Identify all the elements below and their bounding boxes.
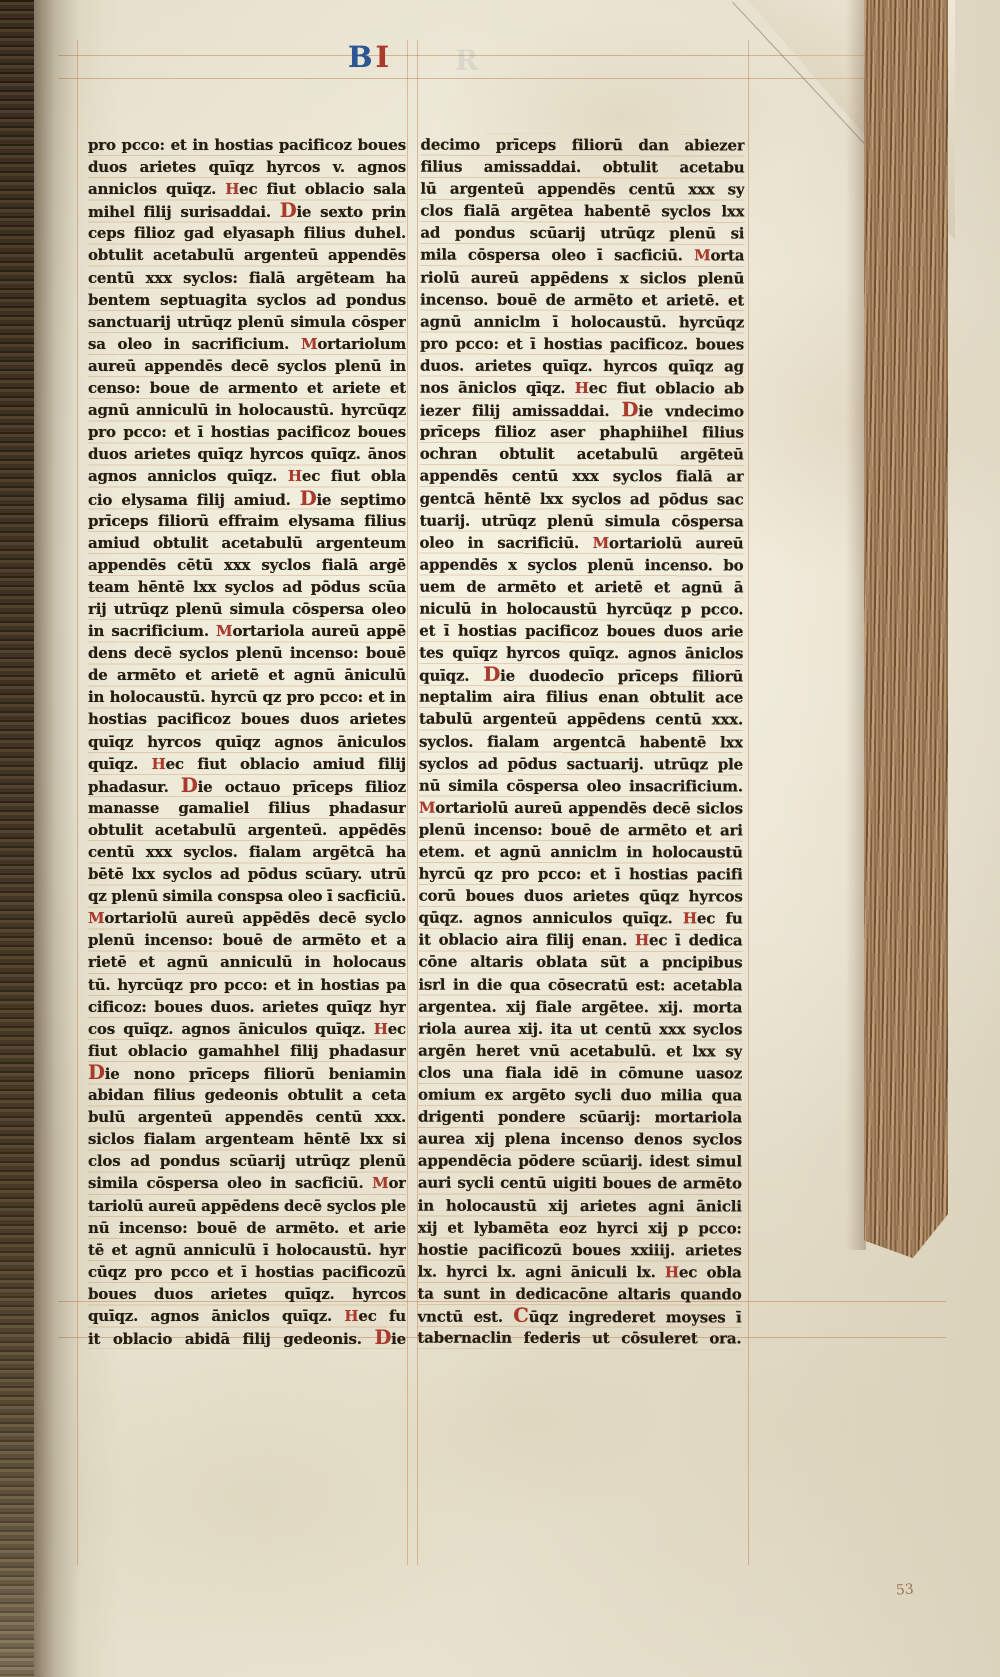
text-line: omium ex argēto sycli duo milia qua (418, 1084, 742, 1107)
text-segment: ec fu (358, 1307, 406, 1325)
text-segment: vnctū est. (417, 1308, 513, 1326)
text-segment: appendēs cētū xxx syclos fialā argē (88, 556, 406, 574)
text-line: ochran obtulit acetabulū argēteū (420, 443, 744, 466)
rubricated-initial: H (152, 755, 166, 773)
text-line: qz plenū simila conspsa oleo ī sacficiū. (88, 885, 406, 907)
text-line: aurea xij plena incenso denos syclos (418, 1128, 742, 1151)
text-line: cos quīqz. agnos āniculos quīqz. Hec (88, 1018, 406, 1040)
page-edge-shadow (846, 0, 866, 1250)
text-segment: oleo in sacrificiū. (419, 533, 592, 551)
text-segment: tū. hyrcūqz pro pcco: et in hostias pa (88, 976, 406, 994)
text-line: rij utrūqz plenū simula cōspersa oleo (88, 598, 406, 620)
text-segment: argentea. xij fiale argētee. xij. morta (418, 997, 742, 1016)
text-segment: clos ad pondus scūarij utrūqz plenū (88, 1152, 406, 1170)
text-segment: hostie pacificozū boues xxiiij. arietes (418, 1240, 742, 1259)
text-line: appendēs centū xxx syclos fialā ar (420, 465, 744, 488)
text-segment: in holocaustū. hyrcū qz pro pcco: et in (88, 688, 406, 706)
text-line: bentem septuagita syclos ad pondus (88, 289, 406, 311)
text-line: de armēto et arietē et agnū āniculū (88, 664, 406, 686)
show-through-text: R (455, 44, 486, 77)
text-segment: mila cōspersa oleo ī sacficiū. (420, 246, 694, 265)
header-letter: I (376, 40, 393, 74)
rubricated-initial: H (374, 1020, 388, 1038)
text-line: prīceps filioz aser phaphiihel filius (420, 421, 744, 444)
text-line: tū. hyrcūqz pro pcco: et in hostias pa (88, 974, 406, 996)
text-segment: it oblacio aira filij enan. (418, 931, 635, 950)
text-line: cio elysama filij amiud. Die septimo (88, 488, 406, 510)
text-line: duos arietes quīqz hyrcos quīqz. ānos (88, 443, 406, 465)
text-segment: centū xxx syclos: fialā argēteam ha (88, 269, 406, 287)
text-line: mila cōspersa oleo ī sacficiū. Morta (420, 244, 744, 267)
text-segment: neptalim aira filius enan obtulit ace (419, 688, 743, 707)
book-page-edges-left (0, 0, 34, 1677)
text-line: pro pcco: et ī hostias pacificoz. boues (420, 332, 744, 355)
text-line: ceps filioz gad elyasaph filius duhel. (88, 222, 406, 244)
text-line: nū simila cōspersa oleo insacrificium. (419, 774, 743, 797)
rubricated-initial: M (419, 798, 435, 816)
text-line: isrl in die qua cōsecratū est: acetabla (418, 973, 742, 996)
text-line: appendēcia pōdere scūarij. idest simul (418, 1150, 742, 1173)
rubricated-initial: M (301, 335, 317, 353)
text-segment: ortariolum (317, 335, 406, 353)
text-segment: et ī hostias pacificoz boues duos arie (419, 622, 743, 641)
text-line: incenso. bouē de armēto et arietē. et (420, 288, 744, 311)
text-line: sa oleo in sacrificium. Mortariolum (88, 333, 406, 355)
text-line: syclos ad pōdus sactuarij. utrūqz ple (419, 752, 743, 775)
text-line: fiut oblacio gamahhel filij phadasur (88, 1040, 406, 1062)
text-segment: aureū appendēs decē syclos plenū in (88, 357, 406, 375)
text-segment: pro pcco: et ī hostias pacificoz boues (88, 423, 406, 441)
text-segment: appendēs centū xxx syclos fialā ar (420, 467, 744, 486)
rubricated-initial: M (88, 909, 104, 927)
text-line: clos ad pondus scūarij utrūqz plenū (88, 1150, 406, 1172)
text-segment: ec ī dedica (649, 932, 742, 950)
text-line: censo: boue de armento et ariete et (88, 377, 406, 399)
text-line: lx. hyrci lx. agni āniculi lx. Hec obla (418, 1260, 742, 1283)
text-segment: clos una fiala idē in cōmune uasoz (418, 1064, 742, 1083)
text-line: nos āniclos qīqz. Hec fiut oblacio ab (420, 377, 744, 400)
text-segment: uem de armēto et arietē et agnū ā (419, 577, 743, 596)
text-segment: auri sycli centū uigiti boues de armēto (418, 1174, 742, 1193)
text-line: simila cōspersa oleo in sacficiū. Mor (88, 1172, 406, 1194)
text-segment: appendēcia pōdere scūarij. idest simul (418, 1152, 742, 1171)
text-segment: sanctuarij utrūqz plenū simula cōsper (88, 313, 406, 331)
text-segment: rij utrūqz plenū simula cōspersa oleo (88, 600, 406, 618)
text-segment: siclos fialam argenteam hēntē lxx si (88, 1130, 406, 1148)
text-line: clos una fiala idē in cōmune uasoz (418, 1062, 742, 1085)
text-line: gentcā hēntē lxx syclos ad pōdus sac (420, 487, 744, 510)
text-segment: decimo prīceps filiorū dan abiezer (421, 136, 745, 155)
text-segment: lū argenteū appendēs centū xxx sy (420, 180, 744, 199)
text-segment: quīqz. (419, 667, 483, 685)
gutter-shadow (34, 0, 80, 1677)
rubricated-initial: D (300, 488, 317, 510)
text-line: plenū incenso: bouē de armēto et a (88, 929, 406, 951)
text-segment: team hēntē lxx syclos ad pōdus scūa (88, 578, 406, 596)
text-segment: censo: boue de armento et ariete et (88, 379, 406, 397)
text-segment: plenū incenso: bouē de armēto et ari (419, 820, 743, 839)
text-line: iezer filij amissaddai. Die vndecimo (420, 399, 744, 422)
text-line: Mortariolū aureū appēdēs decē syclo (88, 907, 406, 929)
text-line: ta sunt in dedicacōne altaris quando (418, 1282, 742, 1305)
text-line: tē et agnū anniculū ī holocaustū. hyr (88, 1239, 406, 1261)
text-segment: hyrcū qz pro pcco: et ī hostias pacifi (419, 865, 743, 884)
text-line: pro pcco: et in hostias pacificoz boues (88, 134, 406, 156)
text-line: syclos. fialam argentcā habentē lxx (419, 730, 743, 753)
text-segment: nū simila cōspersa oleo insacrificium. (419, 776, 743, 795)
text-line: in holocaustū. hyrcū qz pro pcco: et in (88, 686, 406, 708)
text-segment: tabernaclin federis ut cōsuleret ora. (417, 1329, 741, 1348)
text-segment: ūqz ingrederet moyses ī (529, 1308, 742, 1327)
text-segment: ie octauo prīceps filioz (198, 778, 406, 796)
text-segment: simila cōspersa oleo in sacficiū. (88, 1174, 372, 1192)
rubricated-initial: H (635, 932, 649, 950)
text-line: appendēs cētū xxx syclos fialā argē (88, 554, 406, 576)
text-line: aureū appendēs decē syclos plenū in (88, 355, 406, 377)
text-segment: sa oleo in sacrificium. (88, 335, 301, 353)
text-segment: hostias pacificoz boues duos arietes (88, 710, 406, 728)
text-segment: in sacrificium. (88, 622, 216, 640)
text-segment: riola aurea xij. ita ut centū xxx syclos (418, 1019, 742, 1038)
text-line: cūqz pro pcco et ī hostias pacificozū (88, 1261, 406, 1283)
text-segment: cificoz: boues duos. arietes quīqz hyr (88, 998, 406, 1016)
text-line: boues duos arietes quīqz. hyrcos (88, 1283, 406, 1305)
text-segment: mihel filij surisaddai. (88, 203, 280, 221)
rubricated-initial: M (372, 1174, 388, 1192)
text-line: agnū anniclm ī holocaustū. hyrcūqz (420, 310, 744, 333)
rubricated-initial: M (216, 622, 232, 640)
text-line: clos fialā argētea habentē syclos lxx (420, 200, 744, 223)
text-segment: syclos. fialam argentcā habentē lxx (419, 732, 743, 751)
text-segment: cos quīqz. agnos āniculos quīqz. (88, 1020, 374, 1038)
text-line: xij et lybamēta eoz hyrci xij p pcco: (418, 1216, 742, 1239)
text-line: phadasur. Die octauo prīceps filioz (88, 775, 406, 797)
text-column-left: pro pcco: et in hostias pacificoz bouesd… (88, 134, 406, 1349)
text-segment: quīqz. agnos āniclos quīqz. (88, 1307, 344, 1325)
manuscript-page-photo: R BI pro pcco: et in hostias pacificoz b… (0, 0, 1000, 1677)
text-segment: manasse gamaliel filius phadasur (88, 799, 406, 817)
text-line: centū xxx syclos: fialā argēteam ha (88, 267, 406, 289)
running-header: BI (348, 40, 392, 74)
text-line: niculū in holocaustū hyrcūqz p pcco. (419, 598, 743, 621)
text-line: bētē lxx syclos ad pōdus scūary. utrū (88, 863, 406, 885)
text-segment: ortariolū aureū (609, 534, 744, 552)
text-segment: plenū incenso: bouē de armēto et a (88, 931, 406, 949)
folio-number: 53 (895, 1581, 914, 1598)
text-segment: duos. arietes quīqz. hyrcos quīqz ag (420, 357, 744, 376)
text-segment: gentcā hēntē lxx syclos ad pōdus sac (420, 489, 744, 508)
text-line: rietē et agnū anniculū in holocaus (88, 951, 406, 973)
text-segment: filius amissaddai. obtulit acetabu (420, 158, 744, 177)
text-line: tes quīqz hyrcos quīqz. agnos āniclos (419, 642, 743, 665)
text-line: abidan filius gedeonis obtulit a ceta (88, 1084, 406, 1106)
text-segment: obtulit acetabulū argenteū appendēs (88, 246, 406, 264)
text-segment: isrl in die qua cōsecratū est: acetabla (418, 975, 742, 994)
text-segment: etem. et agnū anniclm in holocaustū (419, 843, 743, 862)
text-segment: agnū anniclm ī holocaustū. hyrcūqz (420, 312, 744, 331)
text-line: in holocaustū xij arietes agni ānicli (418, 1194, 742, 1217)
text-segment: in holocaustū xij arietes agni ānicli (418, 1196, 742, 1215)
text-line: uem de armēto et arietē et agnū ā (419, 575, 743, 598)
text-line: hostias pacificoz boues duos arietes (88, 708, 406, 730)
text-segment: ie vndecimo (638, 402, 744, 420)
text-line: pro pcco: et ī hostias pacificoz boues (88, 421, 406, 443)
text-segment: riolū aureū appēdens x siclos plenū (420, 268, 744, 287)
text-segment: ec fiut oblacio amiud filij (166, 755, 406, 773)
text-line: agnū anniculū in holocaustū. hyrcūqz (88, 399, 406, 421)
ruling-line (748, 40, 749, 1565)
text-segment: agnū anniculū in holocaustū. hyrcūqz (88, 401, 406, 419)
text-segment: tuarij. utrūqz plenū simula cōspersa (420, 511, 744, 530)
text-segment: bulū argenteū appendēs centū xxx. (88, 1108, 406, 1126)
text-segment: ceps filioz gad elyasaph filius duhel. (88, 224, 406, 242)
text-segment: ad pondus scūarij utrūqz plenū si (420, 224, 744, 243)
text-line: tabernaclin federis ut cōsuleret ora. (417, 1327, 741, 1350)
text-line: argēn heret vnū acetabulū. et lxx sy (418, 1039, 742, 1062)
rubricated-initial: H (665, 1263, 679, 1281)
rubricated-initial: D (181, 775, 198, 797)
text-line: centū xxx syclos. fialam argētcā ha (88, 841, 406, 863)
text-line: oleo in sacrificiū. Mortariolū aureū (419, 531, 743, 554)
text-segment: xij et lybamēta eoz hyrci xij p pcco: (418, 1218, 742, 1237)
text-line: it oblacio aira filij enan. Hec ī dedica (418, 929, 742, 952)
text-line: cificoz: boues duos. arietes quīqz hyr (88, 996, 406, 1018)
text-segment: ortariolū aureū appēdēs decē syclo (104, 909, 406, 927)
text-segment: ie septimo (316, 491, 406, 509)
text-segment: amiud obtulit acetabulū argenteum (88, 534, 406, 552)
text-line: Die nono prīceps filiorū beniamin (88, 1062, 406, 1084)
text-segment: prīceps filioz aser phaphiihel filius (420, 423, 744, 442)
text-segment: it oblacio abidā filij gedeonis. (88, 1330, 374, 1348)
book-page-edges-right (864, 0, 948, 1258)
text-segment: phadasur. (88, 778, 181, 796)
text-segment: corū boues duos arietes qūqz hyrcos (419, 887, 743, 906)
text-segment: bētē lxx syclos ad pōdus scūary. utrū (88, 865, 406, 883)
text-line: filius amissaddai. obtulit acetabu (420, 156, 744, 179)
text-segment: fiut oblacio gamahhel filij phadasur (88, 1042, 406, 1060)
text-segment: pro pcco: et ī hostias pacificoz. boues (420, 334, 744, 353)
text-segment: ie duodecīo prīceps filiorū (500, 667, 743, 686)
text-segment: prīceps filiorū effraim elysama filius (88, 512, 406, 530)
text-line: agnos anniclos quīqz. Hec fiut obla (88, 465, 406, 487)
text-segment: quīqz. (88, 755, 152, 773)
text-segment: syclos ad pōdus sactuarij. utrūqz ple (419, 754, 743, 773)
text-line: et ī hostias pacificoz boues duos arie (419, 620, 743, 643)
text-line: tuarij. utrūqz plenū simula cōspersa (420, 509, 744, 532)
text-line: corū boues duos arietes qūqz hyrcos (419, 885, 743, 908)
rubricated-initial: C (513, 1305, 528, 1327)
text-line: duos arietes quīqz hyrcos v. agnos (88, 156, 406, 178)
rubricated-initial: H (288, 467, 302, 485)
text-segment: iezer filij amissaddai. (420, 402, 622, 421)
rubricated-initial: D (280, 200, 297, 222)
text-line: team hēntē lxx syclos ad pōdus scūa (88, 576, 406, 598)
text-segment: aurea xij plena incenso denos syclos (418, 1130, 742, 1149)
rubricated-initial: H (225, 180, 239, 198)
text-segment: tes quīqz hyrcos quīqz. agnos āniclos (419, 644, 743, 663)
header-letter: B (348, 40, 376, 74)
text-segment: cūqz pro pcco et ī hostias pacificozū (88, 1263, 406, 1281)
text-line: obtulit acetabulū argenteū appendēs (88, 244, 406, 266)
text-segment: ec fu (697, 910, 743, 928)
text-line: tariolū aureū appēdens decē syclos ple (88, 1195, 406, 1217)
text-segment: lx. hyrci lx. agni āniculi lx. (418, 1262, 665, 1281)
text-segment: abidan filius gedeonis obtulit a ceta (88, 1086, 406, 1104)
rubricated-initial: D (374, 1327, 391, 1349)
text-line: sanctuarij utrūqz plenū simula cōsper (88, 311, 406, 333)
text-segment: ochran obtulit acetabulū argēteū (420, 445, 744, 464)
rubricated-initial: D (88, 1062, 105, 1084)
text-segment: ec obla (679, 1263, 742, 1281)
text-line: anniclos quīqz. Hec fiut oblacio sala (88, 178, 406, 200)
text-segment: qūqz. agnos anniculos quīqz. (419, 909, 683, 928)
text-segment: incenso. bouē de armēto et arietē. et (420, 290, 744, 309)
text-segment: ec (388, 1020, 406, 1038)
text-line: ad pondus scūarij utrūqz plenū si (420, 222, 744, 245)
text-line: manasse gamaliel filius phadasur (88, 797, 406, 819)
text-segment: dens decē syclos plenū incenso: bouē (88, 644, 406, 662)
text-segment: ie (391, 1330, 406, 1348)
text-segment: tariolū aureū appēdens decē syclos ple (88, 1197, 406, 1215)
text-segment: nos āniclos qīqz. (420, 379, 575, 397)
text-segment: orta (710, 247, 744, 265)
text-segment: argēn heret vnū acetabulū. et lxx sy (418, 1041, 742, 1060)
text-segment: ie sexto prin (296, 203, 406, 221)
text-line: prīceps filiorū effraim elysama filius (88, 510, 406, 532)
ruling-line (407, 40, 408, 1565)
rubricated-initial: M (593, 534, 609, 552)
text-segment: drigenti pondere scūarij: mortariola (418, 1108, 742, 1127)
text-segment: appendēs x syclos plenū incenso. bo (419, 555, 743, 574)
text-segment: tē et agnū anniculū ī holocaustū. hyr (88, 1241, 406, 1259)
text-segment: niculū in holocaustū hyrcūqz p pcco. (419, 600, 743, 619)
text-line: duos. arietes quīqz. hyrcos quīqz ag (420, 355, 744, 378)
text-line: it oblacio abidā filij gedeonis. Die (88, 1327, 406, 1349)
text-segment: nū incenso: bouē de armēto. et arie (88, 1219, 406, 1237)
text-line: nū incenso: bouē de armēto. et arie (88, 1217, 406, 1239)
text-segment: ec fiut oblacio sala (239, 180, 406, 198)
text-line: bulū argenteū appendēs centū xxx. (88, 1106, 406, 1128)
rubricated-initial: D (621, 399, 638, 422)
rubricated-initial: D (483, 664, 500, 686)
text-segment: ta sunt in dedicacōne altaris quando (418, 1284, 742, 1303)
text-line: appendēs x syclos plenū incenso. bo (419, 553, 743, 576)
text-line: obtulit acetabulū argenteū. appēdēs (88, 819, 406, 841)
text-line: lū argenteū appendēs centū xxx sy (420, 178, 744, 201)
text-line: qūqz. agnos anniculos quīqz. Hec fu (419, 907, 743, 930)
text-line: dens decē syclos plenū incenso: bouē (88, 642, 406, 664)
text-line: hostie pacificozū boues xxiiij. arietes (418, 1238, 742, 1261)
text-line: quīqz. Hec fiut oblacio amiud filij (88, 753, 406, 775)
text-segment: omium ex argēto sycli duo milia qua (418, 1086, 742, 1105)
text-line: amiud obtulit acetabulū argenteum (88, 532, 406, 554)
text-line: plenū incenso: bouē de armēto et ari (419, 818, 743, 841)
text-segment: quīqz hyrcos quīqz agnos āniculos (88, 733, 406, 751)
text-segment: ec fiut oblacio ab (589, 379, 744, 397)
text-segment: rietē et agnū anniculū in holocaus (88, 953, 406, 971)
ruling-line (58, 78, 946, 79)
text-segment: cio elysama filij amiud. (88, 491, 300, 509)
text-segment: obtulit acetabulū argenteū. appēdēs (88, 821, 406, 839)
text-segment: ie nono prīceps filiorū beniamin (105, 1065, 406, 1083)
text-segment: de armēto et arietē et agnū āniculū (88, 666, 406, 684)
text-segment: ortariolū aureū appendēs decē siclos (435, 798, 743, 817)
text-line: tabulū argenteū appēdens centū xxx. (419, 708, 743, 731)
text-line: neptalim aira filius enan obtulit ace (419, 686, 743, 709)
text-line: riola aurea xij. ita ut centū xxx syclos (418, 1017, 742, 1040)
text-line: drigenti pondere scūarij: mortariola (418, 1106, 742, 1129)
text-segment: ec fiut obla (302, 467, 406, 485)
text-line: quīqz hyrcos quīqz agnos āniculos (88, 731, 406, 753)
text-segment: cōne altaris oblata sūt a pncipibus (418, 953, 742, 972)
text-column-right: decimo prīceps filiorū dan abiezerfilius… (417, 134, 744, 1350)
text-segment: duos arietes quīqz hyrcos v. agnos (88, 158, 406, 176)
rubricated-initial: M (694, 247, 710, 265)
text-line: auri sycli centū uigiti boues de armēto (418, 1172, 742, 1195)
rubricated-initial: H (344, 1307, 358, 1325)
text-line: mihel filij surisaddai. Die sexto prin (88, 200, 406, 222)
text-segment: or (388, 1174, 406, 1192)
rubricated-initial: H (575, 379, 589, 397)
text-segment: boues duos arietes quīqz. hyrcos (88, 1285, 406, 1303)
text-segment: agnos anniclos quīqz. (88, 467, 288, 485)
text-segment: centū xxx syclos. fialam argētcā ha (88, 843, 406, 861)
text-segment: tabulū argenteū appēdens centū xxx. (419, 710, 743, 729)
text-segment: clos fialā argētea habentē syclos lxx (420, 202, 744, 221)
text-segment: qz plenū simila conspsa oleo ī sacficiū. (88, 887, 406, 905)
text-line: cōne altaris oblata sūt a pncipibus (418, 951, 742, 974)
text-segment: pro pcco: et in hostias pacificoz boues (88, 136, 406, 154)
text-line: vnctū est. Cūqz ingrederet moyses ī (417, 1305, 741, 1328)
text-line: riolū aureū appēdens x siclos plenū (420, 266, 744, 289)
text-segment: duos arietes quīqz hyrcos quīqz. ānos (88, 445, 406, 463)
text-line: argentea. xij fiale argētee. xij. morta (418, 995, 742, 1018)
text-line: quīqz. Die duodecīo prīceps filiorū (419, 664, 743, 687)
rubricated-initial: H (683, 910, 697, 928)
text-line: decimo prīceps filiorū dan abiezer (421, 134, 745, 157)
text-line: Mortariolū aureū appendēs decē siclos (419, 796, 743, 819)
text-line: quīqz. agnos āniclos quīqz. Hec fu (88, 1305, 406, 1327)
text-line: siclos fialam argenteam hēntē lxx si (88, 1128, 406, 1150)
text-segment: bentem septuagita syclos ad pondus (88, 291, 406, 309)
text-segment: ortariola aureū appē (232, 622, 406, 640)
text-line: etem. et agnū anniclm in holocaustū (419, 841, 743, 864)
text-segment: anniclos quīqz. (88, 180, 225, 198)
text-line: in sacrificium. Mortariola aureū appē (88, 620, 406, 642)
text-line: hyrcū qz pro pcco: et ī hostias pacifi (419, 863, 743, 886)
